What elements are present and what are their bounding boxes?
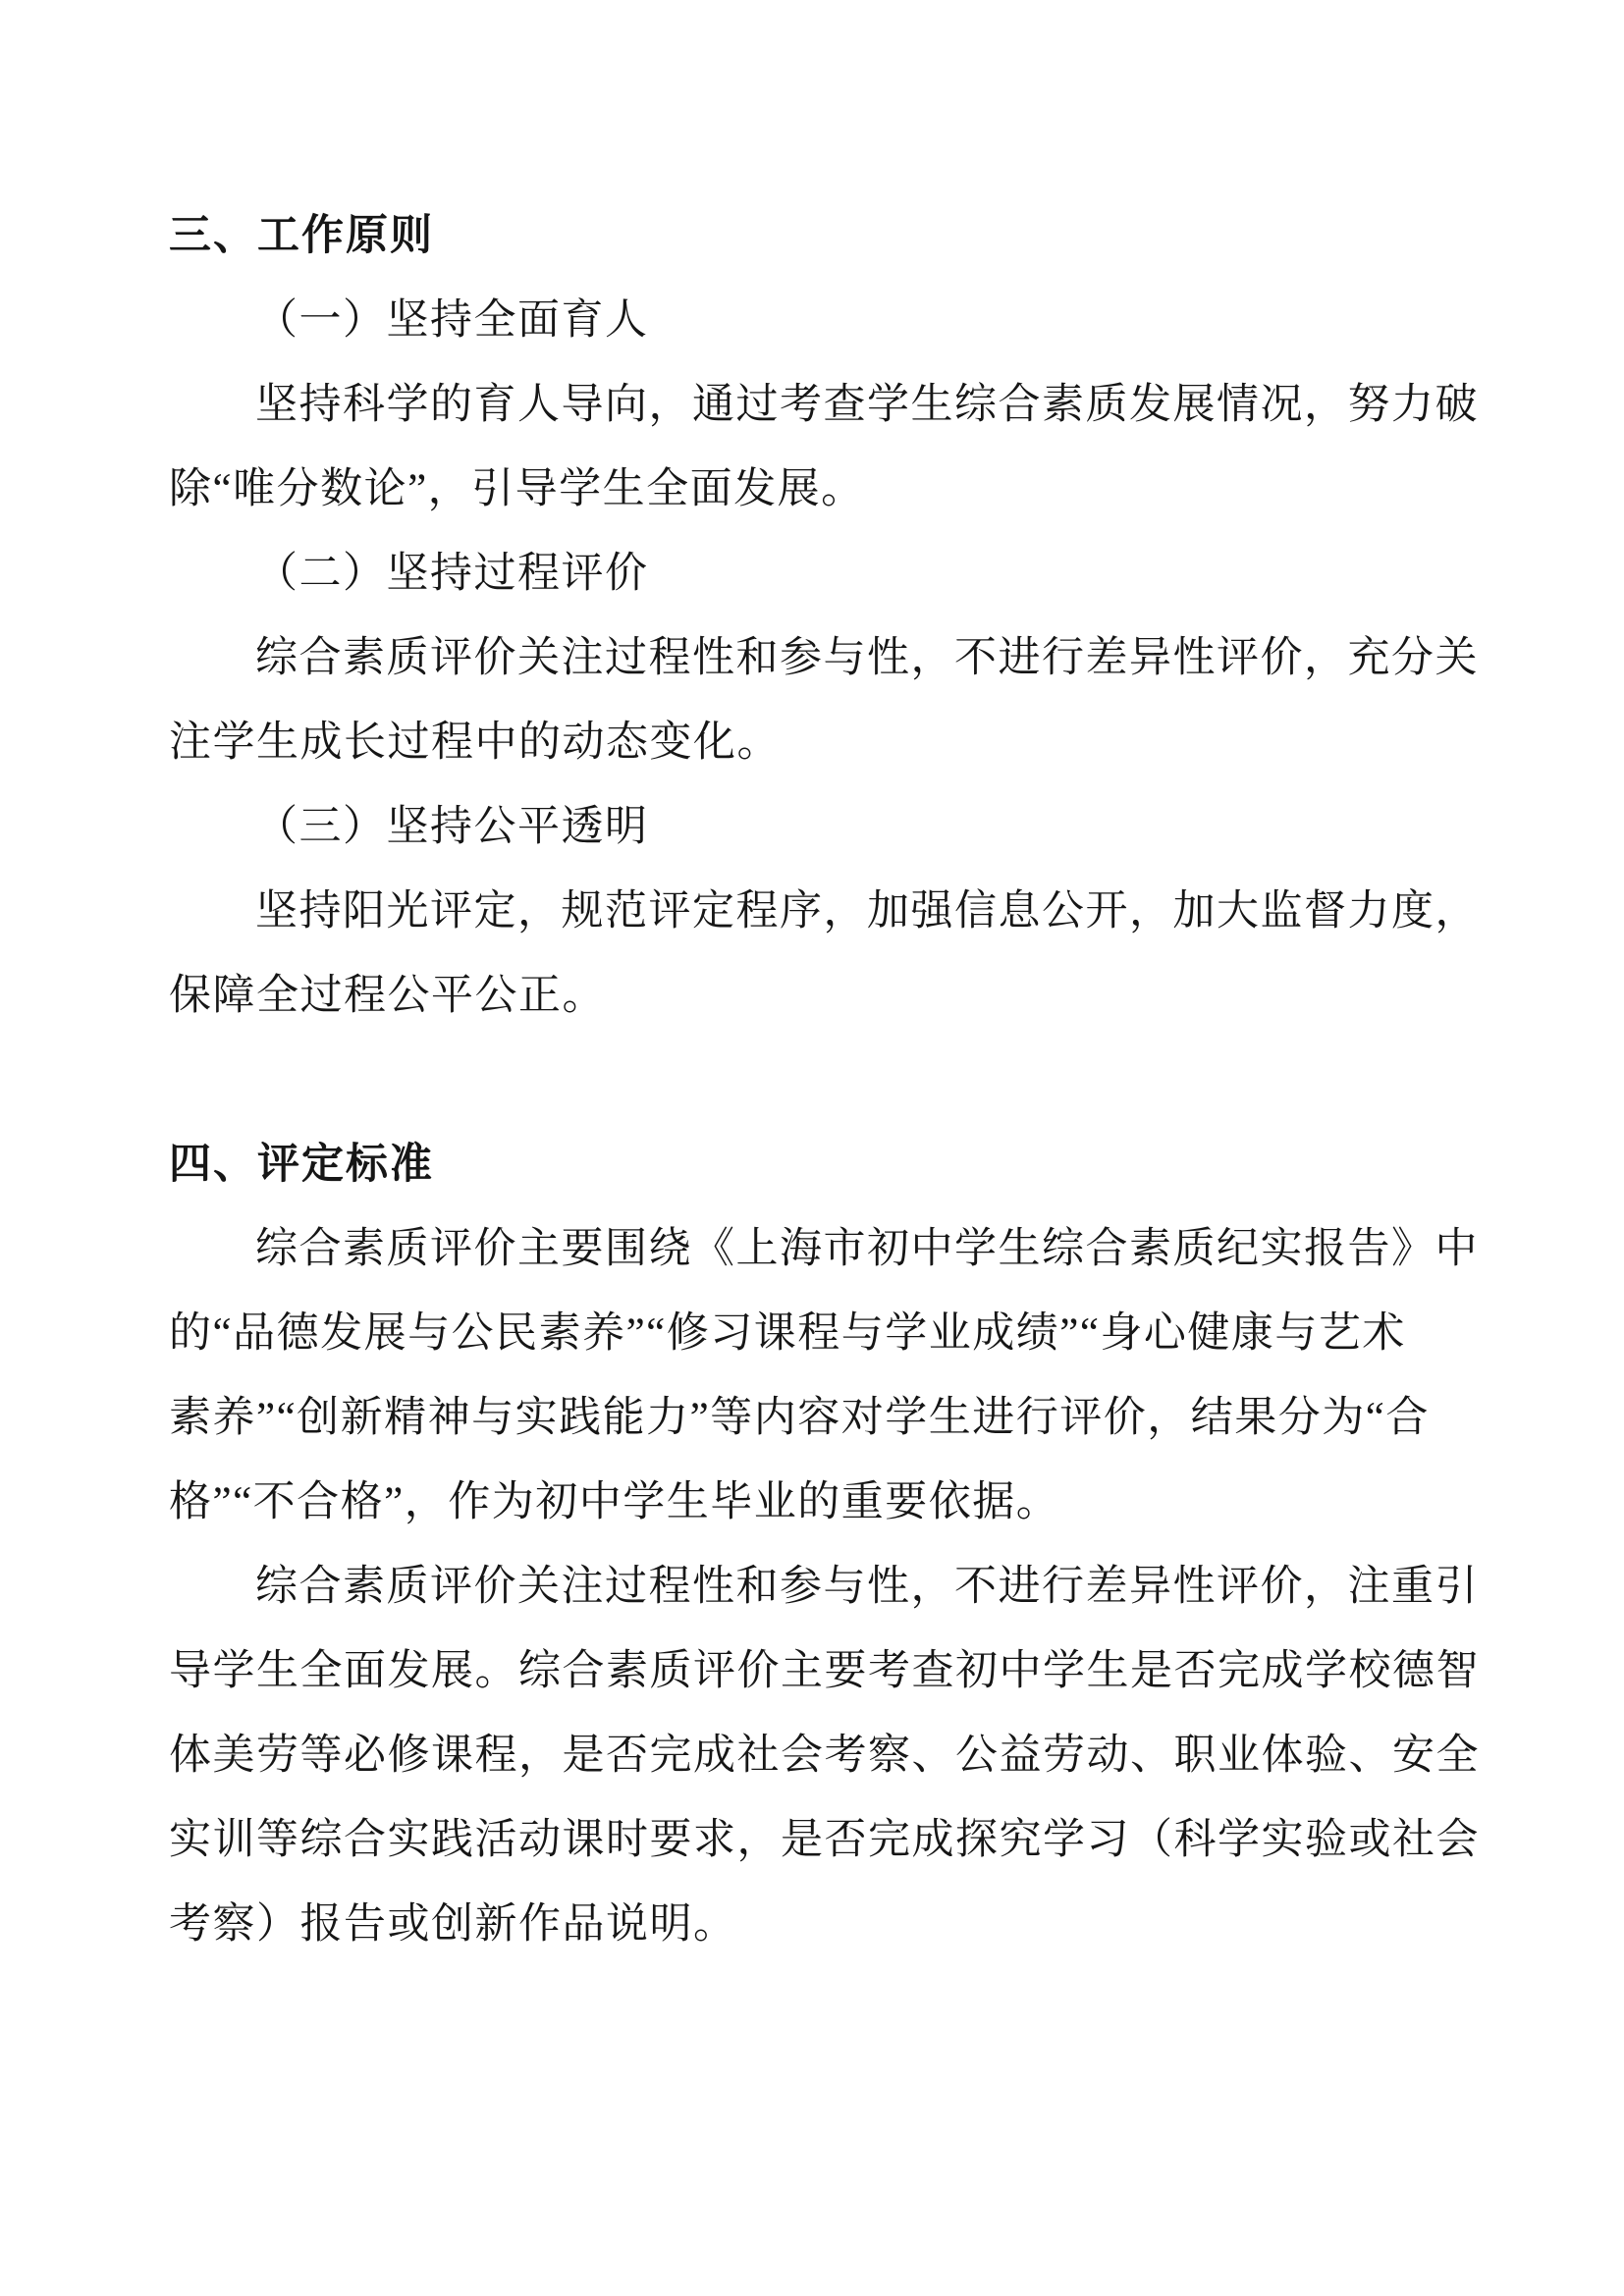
section-heading-evaluation-standards: 四、评定标准 xyxy=(169,1123,1475,1207)
text-line: 综合素质评价关注过程性和参与性，不进行差异性评价，注重引 xyxy=(169,1545,1475,1629)
subitem-title: （二）坚持过程评价 xyxy=(169,532,1475,616)
text-line: 实训等综合实践活动课时要求，是否完成探究学习（科学实验或社会 xyxy=(169,1798,1475,1883)
text-content: 三、工作原则 （一）坚持全面育人 坚持科学的育人导向，通过考查学生综合素质发展情… xyxy=(169,194,1475,1967)
text-line: 注学生成长过程中的动态变化。 xyxy=(169,701,1475,785)
text-line: 素养”“创新精神与实践能力”等内容对学生进行评价，结果分为“合 xyxy=(169,1376,1475,1461)
text-line: 的“品德发展与公民素养”“修习课程与学业成绩”“身心健康与艺术 xyxy=(169,1292,1475,1376)
text-line: 体美劳等必修课程，是否完成社会考察、公益劳动、职业体验、安全 xyxy=(169,1714,1475,1798)
text-line: 导学生全面发展。综合素质评价主要考查初中学生是否完成学校德智 xyxy=(169,1629,1475,1714)
text-line: 坚持科学的育人导向，通过考查学生综合素质发展情况，努力破 xyxy=(169,363,1475,448)
text-line: 综合素质评价关注过程性和参与性，不进行差异性评价，充分关 xyxy=(169,616,1475,701)
text-line: 坚持阳光评定，规范评定程序，加强信息公开，加大监督力度， xyxy=(169,870,1475,954)
subitem-title: （三）坚持公平透明 xyxy=(169,785,1475,870)
text-line: 格”“不合格”，作为初中学生毕业的重要依据。 xyxy=(169,1461,1475,1545)
blank-line xyxy=(169,1039,1475,1123)
text-line: 除“唯分数论”，引导学生全面发展。 xyxy=(169,448,1475,532)
text-line: 考察）报告或创新作品说明。 xyxy=(169,1883,1475,1967)
section-heading-work-principles: 三、工作原则 xyxy=(169,194,1475,279)
text-line: 保障全过程公平公正。 xyxy=(169,954,1475,1039)
document-page: 三、工作原则 （一）坚持全面育人 坚持科学的育人导向，通过考查学生综合素质发展情… xyxy=(0,0,1624,2296)
text-line: 综合素质评价主要围绕《上海市初中学生综合素质纪实报告》中 xyxy=(169,1207,1475,1292)
subitem-title: （一）坚持全面育人 xyxy=(169,279,1475,363)
